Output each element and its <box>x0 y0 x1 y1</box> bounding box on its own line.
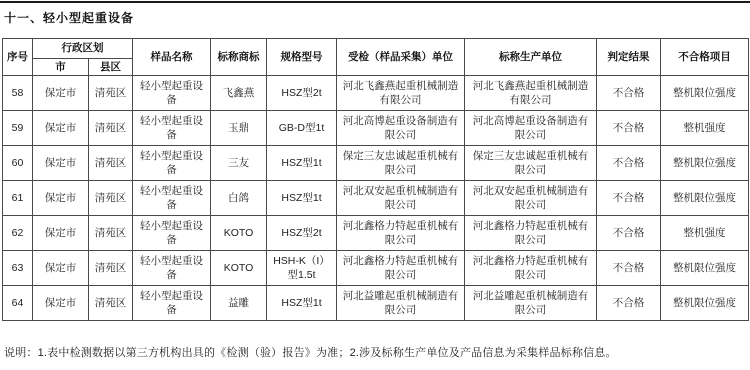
cell-sample-name: 轻小型起重设备 <box>133 181 211 216</box>
cell-result: 不合格 <box>597 216 661 251</box>
cell-brand: 白鸽 <box>211 181 267 216</box>
cell-model: HSZ型1t <box>267 146 337 181</box>
cell-model: HSZ型1t <box>267 181 337 216</box>
col-header-brand: 标称商标 <box>211 39 267 76</box>
col-header-inspected-unit: 受检（样品采集）单位 <box>337 39 465 76</box>
cell-failed-items: 整机限位强度 <box>661 76 749 111</box>
cell-index: 59 <box>3 111 33 146</box>
cell-sample-name: 轻小型起重设备 <box>133 111 211 146</box>
cell-index: 62 <box>3 216 33 251</box>
cell-inspected-unit: 河北鑫格力特起重机械有限公司 <box>337 251 465 286</box>
cell-failed-items: 整机限位强度 <box>661 286 749 321</box>
cell-county: 清苑区 <box>89 111 133 146</box>
cell-county: 清苑区 <box>89 251 133 286</box>
cell-manufacturer: 河北益雕起重机械制造有限公司 <box>465 286 597 321</box>
cell-index: 61 <box>3 181 33 216</box>
cell-inspected-unit: 保定三友忠诚起重机械有限公司 <box>337 146 465 181</box>
header-row-top: 序号 行政区划 样品名称 标称商标 规格型号 受检（样品采集）单位 标称生产单位… <box>3 39 749 59</box>
cell-brand: 飞鑫燕 <box>211 76 267 111</box>
cell-result: 不合格 <box>597 181 661 216</box>
cell-index: 63 <box>3 251 33 286</box>
cell-failed-items: 整机限位强度 <box>661 181 749 216</box>
table-row: 64 保定市 清苑区 轻小型起重设备 益雕 HSZ型1t 河北益雕起重机械制造有… <box>3 286 749 321</box>
cell-city: 保定市 <box>33 216 89 251</box>
cell-sample-name: 轻小型起重设备 <box>133 251 211 286</box>
cell-brand: 益雕 <box>211 286 267 321</box>
cell-index: 58 <box>3 76 33 111</box>
cell-county: 清苑区 <box>89 181 133 216</box>
cell-city: 保定市 <box>33 286 89 321</box>
cell-brand: 三友 <box>211 146 267 181</box>
cell-sample-name: 轻小型起重设备 <box>133 216 211 251</box>
cell-inspected-unit: 河北双安起重机械制造有限公司 <box>337 181 465 216</box>
cell-city: 保定市 <box>33 251 89 286</box>
table-row: 62 保定市 清苑区 轻小型起重设备 KOTO HSZ型2t 河北鑫格力特起重机… <box>3 216 749 251</box>
cell-result: 不合格 <box>597 146 661 181</box>
table-row: 59 保定市 清苑区 轻小型起重设备 玉鼎 GB-D型1t 河北高博起重设备制造… <box>3 111 749 146</box>
cell-county: 清苑区 <box>89 286 133 321</box>
cell-inspected-unit: 河北高博起重设备制造有限公司 <box>337 111 465 146</box>
table-row: 58 保定市 清苑区 轻小型起重设备 飞鑫燕 HSZ型2t 河北飞鑫燕起重机械制… <box>3 76 749 111</box>
cell-city: 保定市 <box>33 76 89 111</box>
col-header-result: 判定结果 <box>597 39 661 76</box>
cell-county: 清苑区 <box>89 216 133 251</box>
cell-brand: KOTO <box>211 251 267 286</box>
col-header-model: 规格型号 <box>267 39 337 76</box>
cell-result: 不合格 <box>597 111 661 146</box>
table-row: 63 保定市 清苑区 轻小型起重设备 KOTO HSH-K（I）型1.5t 河北… <box>3 251 749 286</box>
cell-model: HSZ型2t <box>267 76 337 111</box>
cell-result: 不合格 <box>597 286 661 321</box>
top-divider <box>0 1 750 3</box>
table-row: 61 保定市 清苑区 轻小型起重设备 白鸽 HSZ型1t 河北双安起重机械制造有… <box>3 181 749 216</box>
cell-model: HSZ型1t <box>267 286 337 321</box>
cell-city: 保定市 <box>33 146 89 181</box>
cell-result: 不合格 <box>597 251 661 286</box>
table-row: 60 保定市 清苑区 轻小型起重设备 三友 HSZ型1t 保定三友忠诚起重机械有… <box>3 146 749 181</box>
cell-failed-items: 整机强度 <box>661 216 749 251</box>
col-header-manufacturer: 标称生产单位 <box>465 39 597 76</box>
cell-manufacturer: 河北双安起重机械制造有限公司 <box>465 181 597 216</box>
cell-manufacturer: 河北飞鑫燕起重机械制造有限公司 <box>465 76 597 111</box>
col-header-sample-name: 样品名称 <box>133 39 211 76</box>
cell-model: GB-D型1t <box>267 111 337 146</box>
section-title: 十一、轻小型起重设备 <box>4 9 134 26</box>
cell-index: 64 <box>3 286 33 321</box>
cell-index: 60 <box>3 146 33 181</box>
cell-brand: KOTO <box>211 216 267 251</box>
cell-brand: 玉鼎 <box>211 111 267 146</box>
col-header-index: 序号 <box>3 39 33 76</box>
cell-inspected-unit: 河北飞鑫燕起重机械制造有限公司 <box>337 76 465 111</box>
cell-inspected-unit: 河北益雕起重机械制造有限公司 <box>337 286 465 321</box>
cell-manufacturer: 保定三友忠诚起重机械有限公司 <box>465 146 597 181</box>
inspection-results-table: 序号 行政区划 样品名称 标称商标 规格型号 受检（样品采集）单位 标称生产单位… <box>2 38 749 321</box>
cell-manufacturer: 河北鑫格力特起重机械有限公司 <box>465 216 597 251</box>
col-header-failed-items: 不合格项目 <box>661 39 749 76</box>
cell-sample-name: 轻小型起重设备 <box>133 286 211 321</box>
cell-inspected-unit: 河北鑫格力特起重机械有限公司 <box>337 216 465 251</box>
cell-city: 保定市 <box>33 181 89 216</box>
col-header-city: 市 <box>33 59 89 76</box>
report-page: 十一、轻小型起重设备 序号 行政区划 样品名称 标称商标 规格型号 受检（样品采… <box>0 0 750 370</box>
cell-model: HSH-K（I）型1.5t <box>267 251 337 286</box>
cell-manufacturer: 河北高博起重设备制造有限公司 <box>465 111 597 146</box>
cell-manufacturer: 河北鑫格力特起重机械有限公司 <box>465 251 597 286</box>
cell-result: 不合格 <box>597 76 661 111</box>
cell-failed-items: 整机强度 <box>661 111 749 146</box>
cell-sample-name: 轻小型起重设备 <box>133 76 211 111</box>
cell-model: HSZ型2t <box>267 216 337 251</box>
cell-city: 保定市 <box>33 111 89 146</box>
col-header-county: 县区 <box>89 59 133 76</box>
cell-failed-items: 整机限位强度 <box>661 251 749 286</box>
cell-county: 清苑区 <box>89 146 133 181</box>
cell-failed-items: 整机限位强度 <box>661 146 749 181</box>
cell-county: 清苑区 <box>89 76 133 111</box>
cell-sample-name: 轻小型起重设备 <box>133 146 211 181</box>
footnote: 说明：1.表中检测数据以第三方机构出具的《检测（验）报告》为准；2.涉及标称生产… <box>4 344 746 360</box>
col-header-region-group: 行政区划 <box>33 39 133 59</box>
